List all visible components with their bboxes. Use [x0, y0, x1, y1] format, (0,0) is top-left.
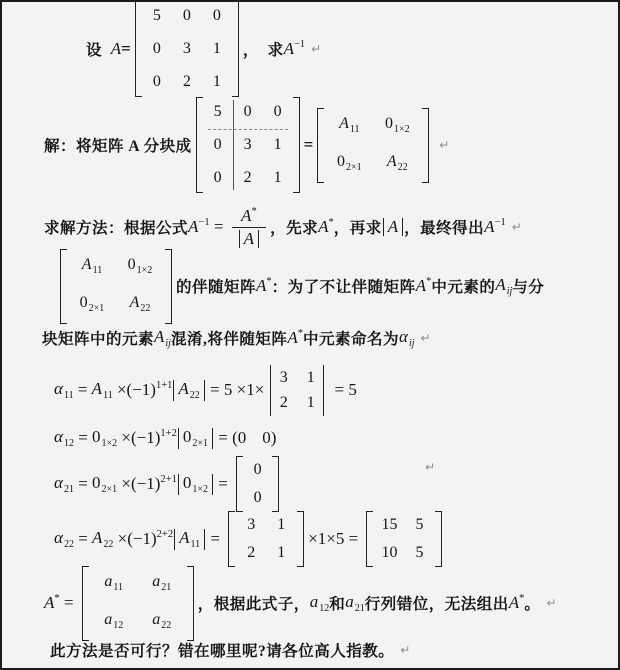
matrix-cell: 5 — [150, 4, 164, 28]
determinant-bar-left — [270, 365, 271, 416]
matrix-cell: A11 — [332, 111, 366, 142]
text-run: 求解方法：根据公式 — [44, 216, 188, 238]
text-run: 此方法是否可行？错在哪里呢?请各位高人指教。 — [50, 639, 394, 661]
equals-sign: = — [210, 217, 228, 237]
matrix-cell: 3 — [243, 514, 259, 536]
math-var-a-star: A* — [44, 593, 60, 613]
fraction-denominator: A — [232, 227, 266, 249]
matrix-cell: 0 — [210, 4, 224, 28]
math-factor: ×(−1)1+2 — [117, 428, 177, 448]
equals-sign: = — [74, 474, 92, 494]
text-run: 设 — [86, 38, 111, 60]
matrix-3-1-2-1: 3121 — [228, 511, 304, 567]
math-zero-2x1: 02×1 — [92, 473, 117, 495]
matrix-cell: 2 — [241, 166, 255, 190]
math-var-a-star: A* — [318, 217, 334, 237]
matrix-cell: 10 — [381, 542, 397, 564]
determinant-zero-1x2: 01×2 — [178, 474, 213, 495]
math-alpha11: α11 — [54, 379, 74, 401]
equation-alpha21: α21 = 02×1 ×(−1)2+1 01×2 = 00 ↵ — [54, 456, 435, 512]
matrix-row: 155 — [381, 514, 427, 536]
equals-sign: = — [214, 474, 232, 494]
fraction-adjugate-over-det: A* A — [232, 206, 266, 249]
matrix-cell: 0 — [180, 4, 194, 28]
matrix-row: 021 — [211, 166, 285, 190]
matrix-row: 31 — [277, 367, 317, 389]
text-run: 与分 — [512, 275, 544, 297]
math-var-a21: a21 — [345, 592, 365, 614]
matrix-bracket-left — [60, 249, 67, 324]
matrix-row: A1101×2 — [332, 111, 414, 142]
paragraph-return-mark: ↵ — [512, 220, 522, 234]
math-result: = 5 — [330, 380, 357, 400]
matrix-bracket-left — [317, 108, 324, 183]
matrix-cell: A22 — [123, 290, 157, 321]
math-var-a-ij: Aij — [154, 327, 171, 349]
matrix-cell: 3 — [180, 37, 194, 61]
matrix-bracket-right — [297, 511, 304, 567]
determinant-zero-2x1: 02×1 — [178, 428, 213, 449]
matrix-bracket-left — [196, 97, 203, 193]
math-var-a-inverse: A−1 — [284, 39, 306, 59]
math-run: = 5 ×1× — [206, 380, 265, 400]
math-var-a22: A22 — [92, 528, 113, 550]
paragraph-return-mark: ↵ — [400, 643, 410, 657]
math-result-row-vector: (00) — [232, 428, 276, 448]
matrix-row: A1101×2 — [75, 252, 157, 283]
determinant-a22: A22 — [173, 380, 204, 401]
matrix-astar: a11a21a12a22 — [82, 566, 194, 641]
partition-vline — [233, 100, 234, 190]
matrix-row: a12a22 — [97, 607, 179, 638]
matrix-cell: 0 — [150, 37, 164, 61]
math-factor: ×(−1)2+2 — [113, 529, 173, 549]
equals-sign: = — [74, 428, 92, 448]
text-run: 块矩阵中的元素 — [42, 327, 154, 349]
matrix-cell: 0 — [241, 100, 255, 124]
paragraph-return-mark: ↵ — [546, 596, 556, 610]
line-adjugate-naming: 块矩阵中的元素 Aij 混淆,将伴随矩阵 A* 中元素命名为 αij ↵ — [42, 320, 431, 356]
text-run: 的伴随矩阵 — [176, 275, 256, 297]
text-run: 混淆,将伴随矩阵 — [171, 327, 287, 349]
matrix-row: 0 — [251, 459, 264, 481]
matrix-row: 21 — [243, 542, 289, 564]
matrix-cell: 01×2 — [123, 252, 157, 283]
matrix-cell: 02×1 — [332, 149, 366, 180]
equation-alpha22: α22 = A22 ×(−1)2+2 A11 = 3121 ×1×5 = 155… — [54, 509, 446, 569]
matrix-row: 02×1A22 — [332, 149, 414, 180]
determinant-matrix: 3121 — [268, 365, 326, 416]
matrix-cell: 2 — [243, 542, 259, 564]
text-run: ，先求 — [270, 216, 318, 238]
text-run: 中元素命名为 — [303, 327, 399, 349]
matrix-cell: a22 — [145, 607, 179, 638]
math-var-a12: a12 — [310, 592, 330, 614]
math-factor: ×(−1)1+1 — [113, 380, 173, 400]
matrix-cell: 0 — [251, 459, 264, 481]
math-var-alpha-ij: αij — [399, 327, 415, 349]
matrix-cell: 1 — [304, 392, 317, 414]
math-var-a-star: A* — [287, 328, 303, 348]
matrix-cell: a21 — [145, 569, 179, 600]
matrix-cell: 1 — [271, 166, 285, 190]
matrix-row: 21 — [277, 392, 317, 414]
equals-sign: = — [60, 593, 78, 613]
matrix-column-vector: 00 — [236, 456, 279, 512]
matrix-cell: 3 — [241, 133, 255, 157]
matrix-cell: 5 — [411, 514, 427, 536]
matrix-row: 500 — [211, 100, 285, 124]
matrix-bracket-left — [236, 456, 243, 512]
text-run: ，最终得出 — [404, 216, 484, 238]
math-factor: ×(−1)2+1 — [117, 474, 177, 494]
math-var-a: A — [111, 39, 121, 59]
math-run: ×1×5 = — [308, 529, 362, 549]
math-alpha22: α22 — [54, 528, 74, 550]
line-adjugate-intro: A1101×202×1A22 的伴随矩阵 A* ：为了不让伴随矩阵 A* 中元素… — [56, 254, 544, 318]
matrix-cell: 15 — [381, 514, 397, 536]
matrix-cell: 01×2 — [380, 111, 414, 142]
matrix-row: 0 — [251, 487, 264, 509]
text-run: ，再求 — [334, 216, 382, 238]
partition-hline — [208, 129, 288, 130]
matrix-result-15-5-10-5: 155105 — [366, 511, 442, 567]
document: 设 A = 500031021 ， 求 A−1 ↵ 解：将矩阵 A 分块成 50… — [0, 0, 620, 670]
matrix-bracket-right — [272, 456, 279, 512]
equation-alpha12: α12 = 01×2 ×(−1)1+2 02×1 = (00) — [54, 419, 276, 457]
matrix-cell: A11 — [75, 252, 109, 283]
matrix-cell: 1 — [273, 542, 289, 564]
matrix-cell: 5 — [411, 542, 427, 564]
matrix-bracket-left — [228, 511, 235, 567]
equals-sign: = — [304, 135, 314, 155]
paragraph-return-mark: ↵ — [425, 460, 435, 474]
math-alpha21: α21 — [54, 473, 74, 495]
text-run: ：为了不让伴随矩阵 — [272, 275, 416, 297]
matrix-cell: a12 — [97, 607, 131, 638]
matrix-row: 031 — [150, 37, 224, 61]
matrix-cell: 0 — [150, 70, 164, 94]
matrix-bracket-right — [435, 511, 442, 567]
text-run: ， 求 — [243, 38, 284, 60]
determinant-bar-right — [323, 365, 324, 416]
matrix-cell: 3 — [277, 367, 290, 389]
matrix-row: 02×1A22 — [75, 290, 157, 321]
matrix-row: 021 — [150, 70, 224, 94]
text-run: 和 — [329, 592, 345, 614]
equation-alpha11: α11 = A11 ×(−1)1+1 A22 = 5 ×1× 3121 = 5 — [54, 362, 357, 418]
determinant-of-a: A — [383, 218, 403, 237]
matrix-bracket-right — [293, 97, 300, 193]
determinant-a11: A11 — [174, 529, 205, 550]
matrix-row: 500 — [150, 4, 224, 28]
equals-sign: = — [74, 380, 92, 400]
line-method: 求解方法：根据公式 A−1 = A* A ，先求 A* ，再求 A ，最终得出 … — [44, 200, 522, 254]
line-final-question: 此方法是否可行？错在哪里呢?请各位高人指教。 ↵ — [50, 636, 410, 664]
text-run: 中元素的 — [431, 275, 495, 297]
matrix-cell: 1 — [273, 514, 289, 536]
matrix-cell: 1 — [271, 133, 285, 157]
matrix-cell: 0 — [211, 133, 225, 157]
equals-sign: = — [74, 529, 92, 549]
matrix-bracket-right — [422, 108, 429, 183]
matrix-cell: 0 — [211, 166, 225, 190]
matrix-cell: 5 — [211, 100, 225, 124]
matrix-row: 031 — [211, 133, 285, 157]
text-run: 行列错位，无法组出 — [365, 592, 509, 614]
math-var-a-inverse: A−1 — [484, 217, 506, 237]
matrix-bracket-right — [165, 249, 172, 324]
matrix-cell: 2 — [277, 392, 290, 414]
matrix-cell: 1 — [304, 367, 317, 389]
matrix-bracket-left — [82, 566, 89, 641]
math-var-a-star: A* — [416, 276, 432, 296]
line-solution-partition: 解：将矩阵 A 分块成 500031021 = A1101×202×1A22 ↵ — [44, 97, 449, 193]
paragraph-return-mark: ↵ — [311, 42, 321, 56]
matrix-cell: 02×1 — [75, 290, 109, 321]
equals-sign: = — [214, 428, 232, 448]
matrix-cell: 2 — [180, 70, 194, 94]
math-zero-1x2: 01×2 — [92, 427, 117, 449]
matrix-bracket-right — [232, 1, 239, 97]
text-run: 解：将矩阵 A 分块成 — [44, 134, 192, 156]
matrix-cell: A22 — [380, 149, 414, 180]
matrix-cell: 0 — [251, 487, 264, 509]
matrix-cell: a11 — [97, 569, 131, 600]
matrix-block-form: A1101×202×1A22 — [317, 108, 429, 183]
equals-sign: = — [121, 39, 131, 59]
math-var-a-inverse: A−1 — [188, 217, 210, 237]
math-var-a11: A11 — [92, 379, 113, 401]
math-alpha12: α12 — [54, 427, 74, 449]
paragraph-return-mark: ↵ — [421, 331, 431, 345]
matrix-bracket-right — [187, 566, 194, 641]
matrix-block-form: A1101×202×1A22 — [60, 249, 172, 324]
equals-sign: = — [206, 529, 224, 549]
matrix-cell: 1 — [210, 70, 224, 94]
matrix-row: 105 — [381, 542, 427, 564]
fraction-numerator: A* — [237, 206, 261, 227]
text-run: 。 — [524, 592, 540, 614]
matrix-bracket-left — [366, 511, 373, 567]
paragraph-return-mark: ↵ — [439, 138, 449, 152]
math-var-a-star: A* — [509, 593, 525, 613]
math-var-a-ij: Aij — [495, 275, 512, 297]
text-run: ，根据此式子， — [198, 592, 310, 614]
matrix-cell: 1 — [210, 37, 224, 61]
matrix-a: 500031021 — [135, 1, 239, 97]
matrix-row: 31 — [243, 514, 289, 536]
line-problem: 设 A = 500031021 ， 求 A−1 ↵ — [86, 8, 321, 90]
matrix-bracket-left — [135, 1, 142, 97]
matrix-row: a11a21 — [97, 569, 179, 600]
line-astar-conclusion: A* = a11a21a12a22 ，根据此式子， a12 和 a21 行列错位… — [44, 572, 557, 634]
math-var-a-star: A* — [256, 276, 272, 296]
matrix-a-partitioned: 500031021 — [196, 97, 300, 193]
matrix-cell: 0 — [271, 100, 285, 124]
